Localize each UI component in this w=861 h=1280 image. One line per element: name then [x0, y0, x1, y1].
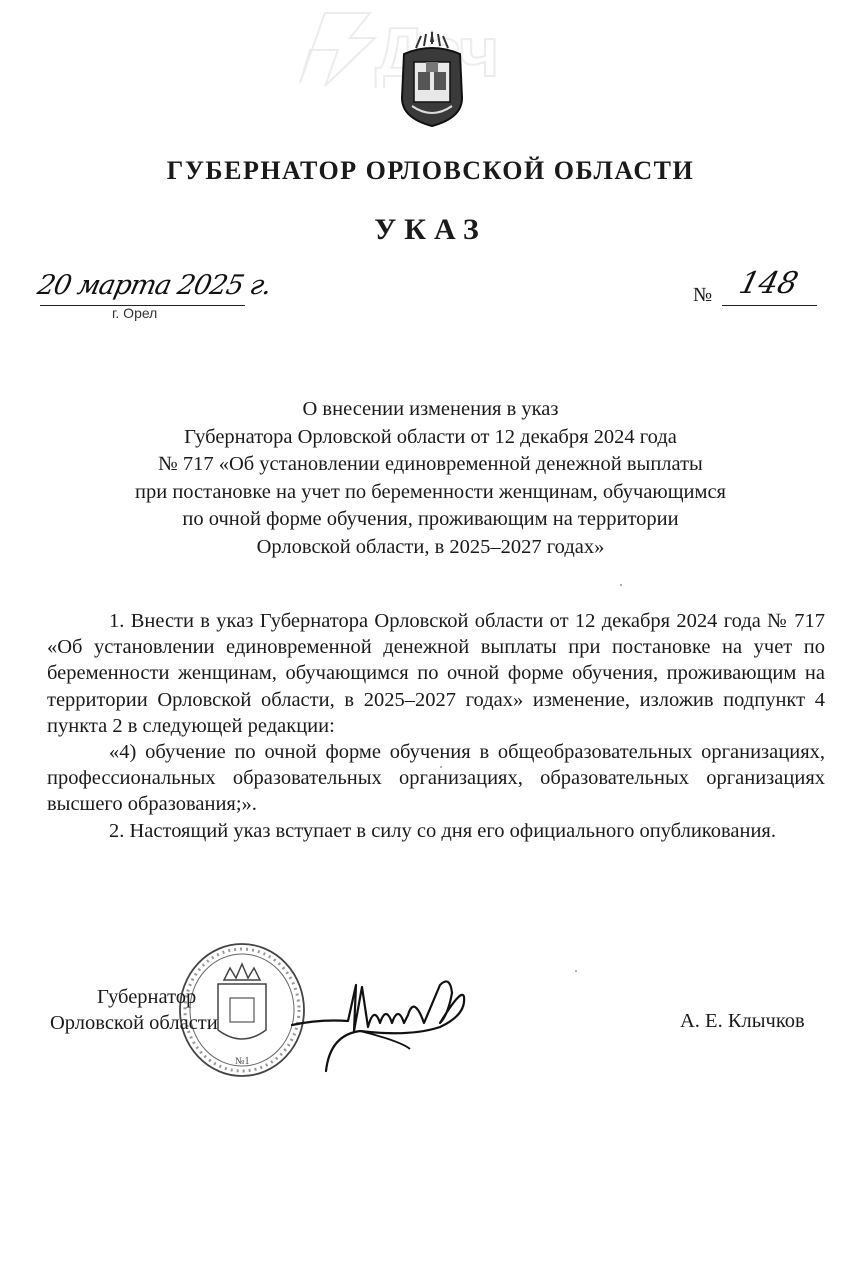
- handwritten-signature-icon: [290, 975, 480, 1090]
- title-line: по очной форме обучения, проживающим на …: [60, 506, 801, 534]
- issuing-authority: ГУБЕРНАТОР ОРЛОВСКОЙ ОБЛАСТИ: [0, 156, 861, 186]
- paragraph-2: 2. Настоящий указ вступает в силу со дня…: [47, 818, 825, 844]
- signatory-title-line: Губернатор: [50, 984, 218, 1010]
- document-title: О внесении изменения в указ Губернатора …: [60, 396, 801, 561]
- scan-speck: [620, 584, 622, 586]
- paragraph-1: 1. Внести в указ Губернатора Орловской о…: [47, 608, 825, 739]
- title-line: Губернатора Орловской области от 12 дека…: [60, 424, 801, 452]
- number-underline: [722, 305, 817, 306]
- signatory-title: Губернатор Орловской области: [50, 984, 218, 1036]
- signatory-name: А. Е. Клычков: [680, 1010, 805, 1033]
- document-date: 20 марта 2025 г.: [35, 270, 274, 301]
- title-line: Орловской области, в 2025–2027 годах»: [60, 534, 801, 562]
- document-city: г. Орел: [112, 305, 157, 321]
- scan-speck: [575, 970, 577, 972]
- title-line: № 717 «Об установлении единовременной де…: [60, 451, 801, 479]
- svg-text:№1: №1: [235, 1056, 250, 1067]
- document-body: 1. Внести в указ Губернатора Орловской о…: [47, 608, 825, 844]
- title-line: О внесении изменения в указ: [60, 396, 801, 424]
- document-number: 148: [736, 266, 802, 301]
- number-label: №: [693, 284, 712, 307]
- scan-speck: [440, 766, 442, 768]
- signatory-title-line: Орловской области: [50, 1010, 218, 1036]
- coat-of-arms-icon: [396, 28, 468, 128]
- document-type: УКАЗ: [0, 213, 861, 247]
- title-line: при постановке на учет по беременности ж…: [60, 479, 801, 507]
- paragraph-subitem-4: «4) обучение по очной форме обучения в о…: [47, 739, 825, 818]
